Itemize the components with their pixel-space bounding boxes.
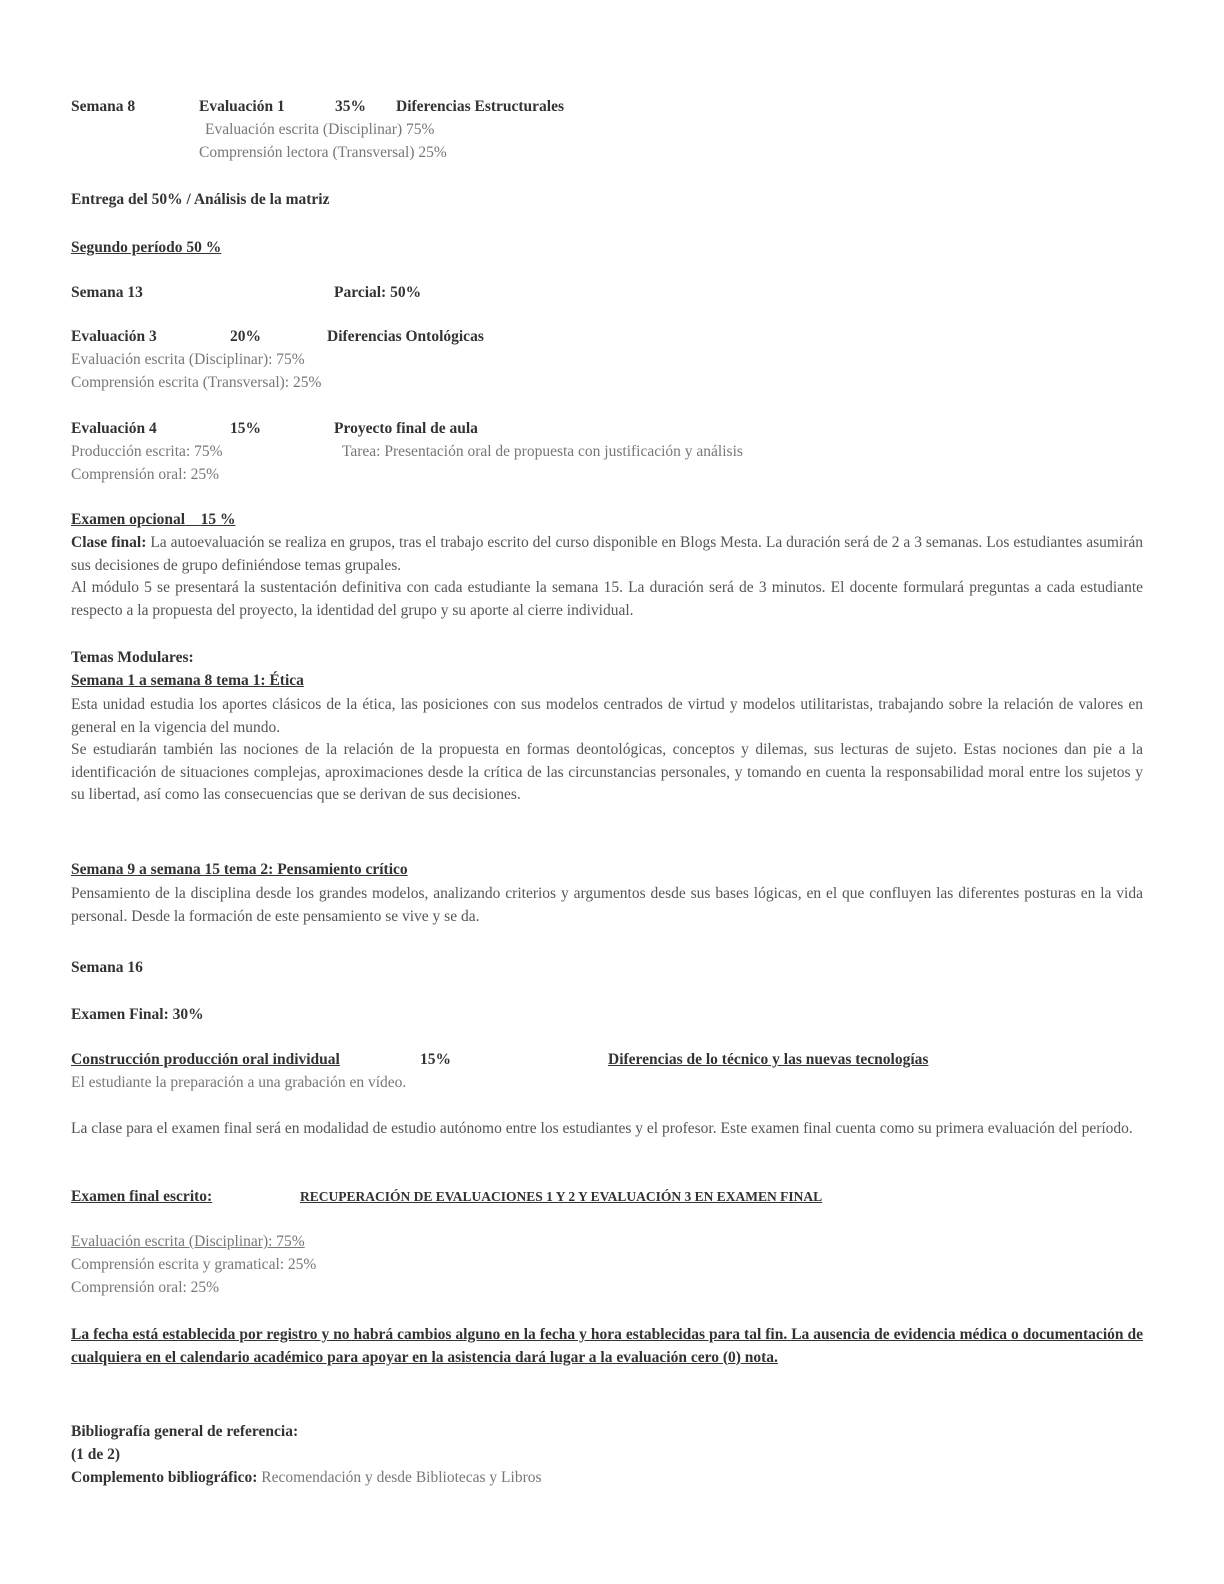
final-written-sub-2: Comprensión escrita y gramatical: 25% — [71, 1255, 316, 1275]
eval3-sub-2: Comprensión escrita (Transversal): 25% — [71, 373, 321, 393]
evaluation-pct: 35% — [335, 97, 366, 117]
references-title: Bibliografía general de referencia: — [71, 1422, 298, 1442]
eval3-label: Evaluación 3 — [71, 327, 157, 347]
references-line: Complemento bibliográfico: Recomendación… — [71, 1468, 542, 1488]
evaluation-sub-2: Comprensión lectora (Transversal) 25% — [199, 143, 447, 163]
optional-exam-paragraph-2: Al módulo 5 se presentará la sustentació… — [71, 577, 1143, 622]
partial-pct: Parcial: 50% — [334, 283, 421, 303]
eval3-pct: 20% — [230, 327, 261, 347]
topic-1-paragraph-1: Esta unidad estudia los aportes clásicos… — [71, 694, 1143, 739]
evaluation-topic: Diferencias Estructurales — [396, 97, 564, 117]
references-year: (1 de 2) — [71, 1445, 120, 1465]
final-exam-label: Examen Final: 30% — [71, 1005, 204, 1025]
second-period-heading: Segundo período 50 % — [71, 238, 221, 258]
final-oral-sub: El estudiante la preparación a una graba… — [71, 1073, 406, 1093]
final-exam-paragraph: La clase para el examen final será en mo… — [71, 1118, 1143, 1141]
final-oral-pct: 15% — [420, 1050, 451, 1070]
optional-exam-title: Examen opcional 15 % — [71, 510, 235, 530]
final-written-label: Examen final escrito: — [71, 1187, 212, 1207]
optional-exam-paragraph-1: Clase final: La autoevaluación se realiz… — [71, 532, 1143, 577]
eval4-sub-2: Comprensión oral: 25% — [71, 465, 219, 485]
final-oral-heading: Construcción producción oral individual — [71, 1050, 340, 1070]
evaluation-sub-1: Evaluación escrita (Disciplinar) 75% — [205, 120, 434, 140]
evaluation-label: Evaluación 1 — [199, 97, 285, 117]
eval4-sub-1: Producción escrita: 75% — [71, 442, 223, 462]
delivery-heading: Entrega del 50% / Análisis de la matriz — [71, 190, 329, 210]
topic-2-heading: Semana 9 a semana 15 tema 2: Pensamiento… — [71, 860, 408, 880]
date-warning: La fecha está establecida por registro y… — [71, 1324, 1143, 1369]
topic-2-paragraph: Pensamiento de la disciplina desde los g… — [71, 883, 1143, 928]
eval4-topic: Proyecto final de aula — [334, 419, 478, 439]
eval3-topic: Diferencias Ontológicas — [327, 327, 484, 347]
eval4-label: Evaluación 4 — [71, 419, 157, 439]
topic-1-paragraph-2: Se estudiarán también las nociones de la… — [71, 739, 1143, 807]
week-label: Semana 8 — [71, 97, 135, 117]
eval4-pct: 15% — [230, 419, 261, 439]
topics-title: Temas Modulares: — [71, 648, 194, 668]
final-written-sub-3: Comprensión oral: 25% — [71, 1278, 219, 1298]
eval4-note: Tarea: Presentación oral de propuesta co… — [342, 442, 743, 462]
final-written-sub-1: Evaluación escrita (Disciplinar): 75% — [71, 1232, 305, 1252]
final-written-value: RECUPERACIÓN DE EVALUACIONES 1 Y 2 Y EVA… — [300, 1187, 822, 1207]
final-oral-topic: Diferencias de lo técnico y las nuevas t… — [608, 1050, 928, 1070]
week-16-label: Semana 16 — [71, 958, 143, 978]
eval3-sub-1: Evaluación escrita (Disciplinar): 75% — [71, 350, 305, 370]
week-13-label: Semana 13 — [71, 283, 143, 303]
topic-1-heading: Semana 1 a semana 8 tema 1: Ética — [71, 671, 304, 691]
